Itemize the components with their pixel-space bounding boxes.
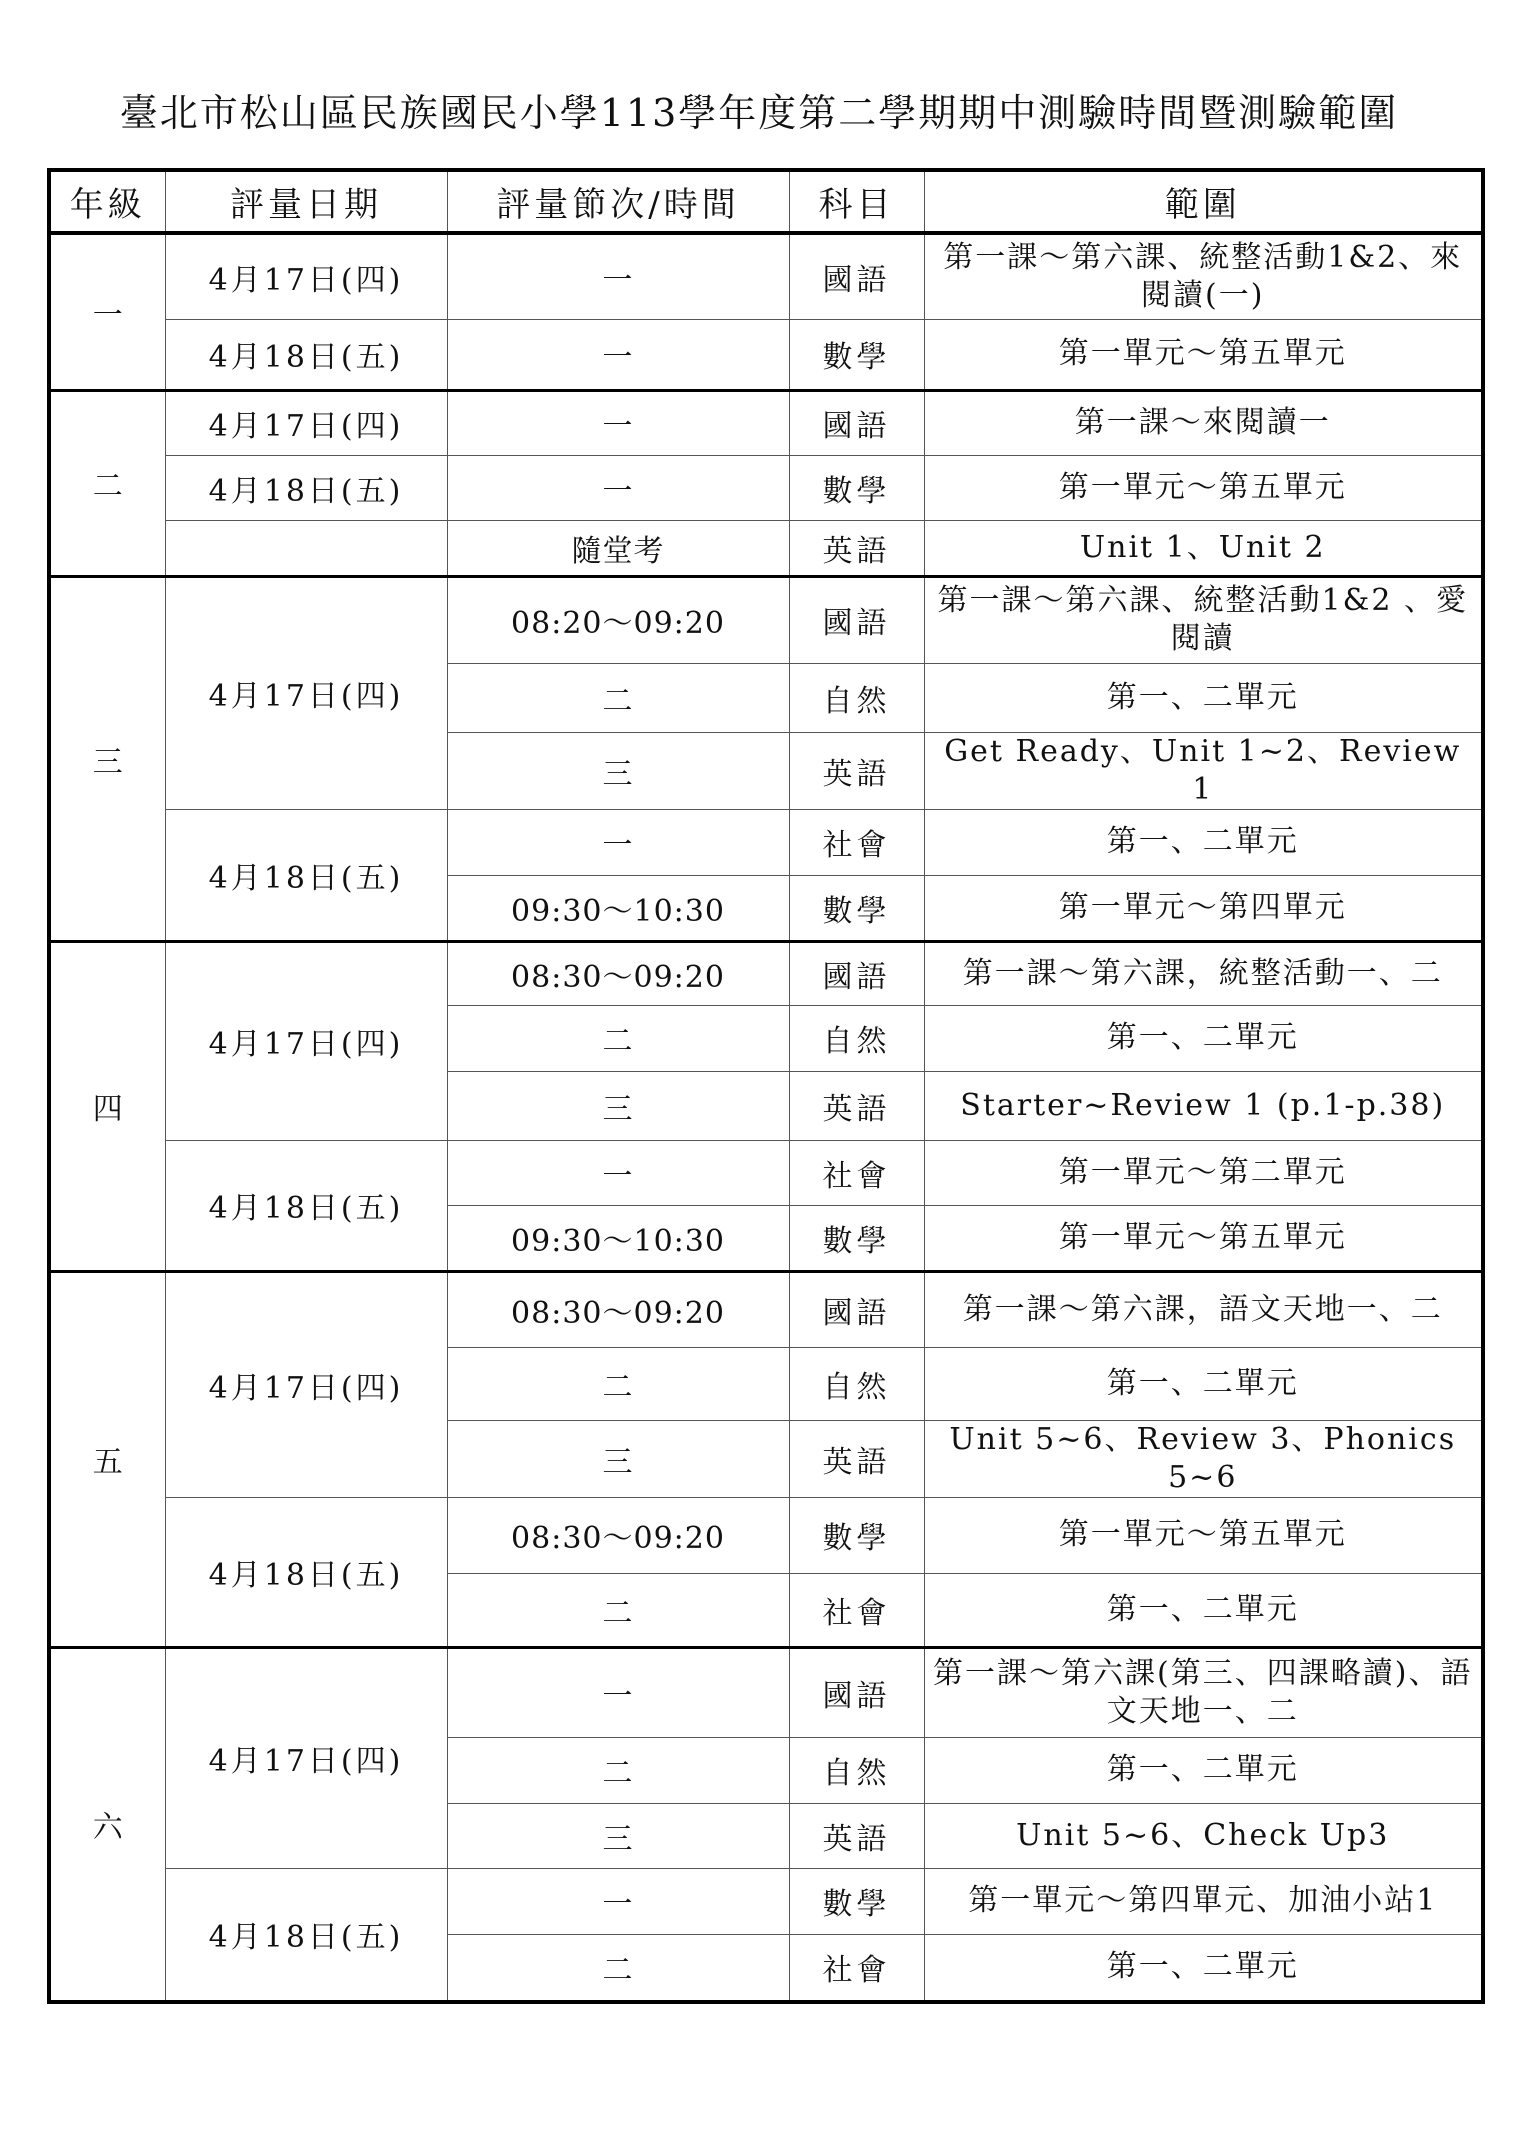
date-cell: 4月18日(五) [165, 455, 447, 520]
subject-cell: 數學 [789, 875, 924, 941]
range-cell: 第一、二單元 [924, 663, 1483, 732]
table-row: 六 4月17日(四) 一 國語 第一課～第六課(第三、四課略讀)、語文天地一、二 [49, 1647, 1483, 1737]
period-cell: 三 [447, 1803, 789, 1868]
range-cell: 第一課～第六課、統整活動1&2 、愛閱讀 [924, 576, 1483, 663]
table-row: 五 4月17日(四) 08:30～09:20 國語 第一課～第六課，語文天地一、… [49, 1271, 1483, 1347]
period-cell: 三 [447, 1071, 789, 1140]
subject-cell: 社會 [789, 1934, 924, 2002]
range-cell: 第一、二單元 [924, 1737, 1483, 1803]
range-cell: 第一、二單元 [924, 1573, 1483, 1647]
period-cell: 隨堂考 [447, 520, 789, 576]
subject-cell: 數學 [789, 455, 924, 520]
period-cell: 二 [447, 663, 789, 732]
date-cell: 4月18日(五) [165, 319, 447, 390]
range-cell: Get Ready、Unit 1~2、Review 1 [924, 732, 1483, 809]
range-cell: 第一、二單元 [924, 1005, 1483, 1071]
table-row: 二 4月17日(四) 一 國語 第一課～來閱讀一 [49, 390, 1483, 455]
subject-cell: 國語 [789, 390, 924, 455]
grade-cell: 一 [49, 233, 165, 390]
period-cell: 一 [447, 319, 789, 390]
grade-cell: 六 [49, 1647, 165, 2002]
table-row: 一 4月17日(四) 一 國語 第一課～第六課、統整活動1&2、來閱讀(一) [49, 233, 1483, 319]
subject-cell: 社會 [789, 1140, 924, 1205]
period-cell: 二 [447, 1573, 789, 1647]
range-cell: 第一單元～第四單元 [924, 875, 1483, 941]
header-row: 年級 評量日期 評量節次/時間 科目 範圍 [49, 170, 1483, 233]
subject-cell: 英語 [789, 1420, 924, 1497]
subject-cell: 數學 [789, 1497, 924, 1573]
header-grade: 年級 [49, 170, 165, 233]
period-cell: 一 [447, 1140, 789, 1205]
date-cell: 4月18日(五) [165, 1497, 447, 1647]
table-row: 4月18日(五) 一 數學 第一單元～第四單元、加油小站1 [49, 1868, 1483, 1934]
date-cell [165, 520, 447, 576]
header-date: 評量日期 [165, 170, 447, 233]
date-cell: 4月17日(四) [165, 576, 447, 809]
period-cell: 三 [447, 1420, 789, 1497]
range-cell: 第一單元～第五單元 [924, 455, 1483, 520]
period-cell: 08:30～09:20 [447, 941, 789, 1005]
header-subject: 科目 [789, 170, 924, 233]
subject-cell: 國語 [789, 1271, 924, 1347]
period-cell: 一 [447, 809, 789, 875]
date-cell: 4月17日(四) [165, 390, 447, 455]
table-row: 4月18日(五) 08:30～09:20 數學 第一單元～第五單元 [49, 1497, 1483, 1573]
subject-cell: 國語 [789, 941, 924, 1005]
subject-cell: 英語 [789, 1071, 924, 1140]
subject-cell: 社會 [789, 809, 924, 875]
subject-cell: 數學 [789, 1868, 924, 1934]
table-row: 4月18日(五) 一 數學 第一單元～第五單元 [49, 455, 1483, 520]
date-cell: 4月17日(四) [165, 941, 447, 1140]
date-cell: 4月17日(四) [165, 233, 447, 319]
period-cell: 三 [447, 732, 789, 809]
period-cell: 一 [447, 1868, 789, 1934]
subject-cell: 英語 [789, 520, 924, 576]
range-cell: 第一課～第六課(第三、四課略讀)、語文天地一、二 [924, 1647, 1483, 1737]
exam-schedule-table: 年級 評量日期 評量節次/時間 科目 範圍 一 4月17日(四) 一 國語 第一… [47, 168, 1485, 2004]
subject-cell: 英語 [789, 732, 924, 809]
range-cell: 第一單元～第五單元 [924, 1205, 1483, 1271]
range-cell: 第一單元～第五單元 [924, 319, 1483, 390]
table-row: 4月18日(五) 一 數學 第一單元～第五單元 [49, 319, 1483, 390]
document-title: 臺北市松山區民族國民小學113學年度第二學期期中測驗時間暨測驗範圍 [0, 82, 1518, 137]
subject-cell: 社會 [789, 1573, 924, 1647]
period-cell: 二 [447, 1737, 789, 1803]
period-cell: 09:30～10:30 [447, 1205, 789, 1271]
range-cell: 第一、二單元 [924, 1934, 1483, 2002]
table-row: 4月18日(五) 一 社會 第一單元～第二單元 [49, 1140, 1483, 1205]
period-cell: 08:30～09:20 [447, 1497, 789, 1573]
period-cell: 二 [447, 1347, 789, 1420]
subject-cell: 數學 [789, 319, 924, 390]
grade-cell: 三 [49, 576, 165, 941]
period-cell: 二 [447, 1934, 789, 2002]
period-cell: 一 [447, 1647, 789, 1737]
grade-cell: 二 [49, 390, 165, 576]
date-cell: 4月18日(五) [165, 1868, 447, 2002]
date-cell: 4月18日(五) [165, 809, 447, 941]
subject-cell: 國語 [789, 233, 924, 319]
period-cell: 08:30～09:20 [447, 1271, 789, 1347]
table-row: 隨堂考 英語 Unit 1、Unit 2 [49, 520, 1483, 576]
table-row: 4月18日(五) 一 社會 第一、二單元 [49, 809, 1483, 875]
table-row: 三 4月17日(四) 08:20～09:20 國語 第一課～第六課、統整活動1&… [49, 576, 1483, 663]
subject-cell: 自然 [789, 1005, 924, 1071]
range-cell: 第一單元～第五單元 [924, 1497, 1483, 1573]
period-cell: 一 [447, 390, 789, 455]
grade-cell: 四 [49, 941, 165, 1271]
subject-cell: 數學 [789, 1205, 924, 1271]
range-cell: Unit 5~6、Review 3、Phonics 5~6 [924, 1420, 1483, 1497]
period-cell: 二 [447, 1005, 789, 1071]
subject-cell: 自然 [789, 1347, 924, 1420]
table-row: 四 4月17日(四) 08:30～09:20 國語 第一課～第六課，統整活動一、… [49, 941, 1483, 1005]
date-cell: 4月18日(五) [165, 1140, 447, 1271]
subject-cell: 自然 [789, 663, 924, 732]
date-cell: 4月17日(四) [165, 1647, 447, 1868]
range-cell: 第一課～來閱讀一 [924, 390, 1483, 455]
range-cell: 第一課～第六課，統整活動一、二 [924, 941, 1483, 1005]
period-cell: 一 [447, 233, 789, 319]
range-cell: Starter~Review 1 (p.1-p.38) [924, 1071, 1483, 1140]
range-cell: Unit 1、Unit 2 [924, 520, 1483, 576]
period-cell: 08:20～09:20 [447, 576, 789, 663]
range-cell: 第一課～第六課、統整活動1&2、來閱讀(一) [924, 233, 1483, 319]
subject-cell: 自然 [789, 1737, 924, 1803]
range-cell: 第一課～第六課，語文天地一、二 [924, 1271, 1483, 1347]
period-cell: 一 [447, 455, 789, 520]
subject-cell: 國語 [789, 1647, 924, 1737]
range-cell: 第一、二單元 [924, 1347, 1483, 1420]
header-period: 評量節次/時間 [447, 170, 789, 233]
range-cell: Unit 5~6、Check Up3 [924, 1803, 1483, 1868]
range-cell: 第一、二單元 [924, 809, 1483, 875]
range-cell: 第一單元～第二單元 [924, 1140, 1483, 1205]
subject-cell: 國語 [789, 576, 924, 663]
header-range: 範圍 [924, 170, 1483, 233]
range-cell: 第一單元～第四單元、加油小站1 [924, 1868, 1483, 1934]
grade-cell: 五 [49, 1271, 165, 1647]
period-cell: 09:30～10:30 [447, 875, 789, 941]
subject-cell: 英語 [789, 1803, 924, 1868]
date-cell: 4月17日(四) [165, 1271, 447, 1497]
